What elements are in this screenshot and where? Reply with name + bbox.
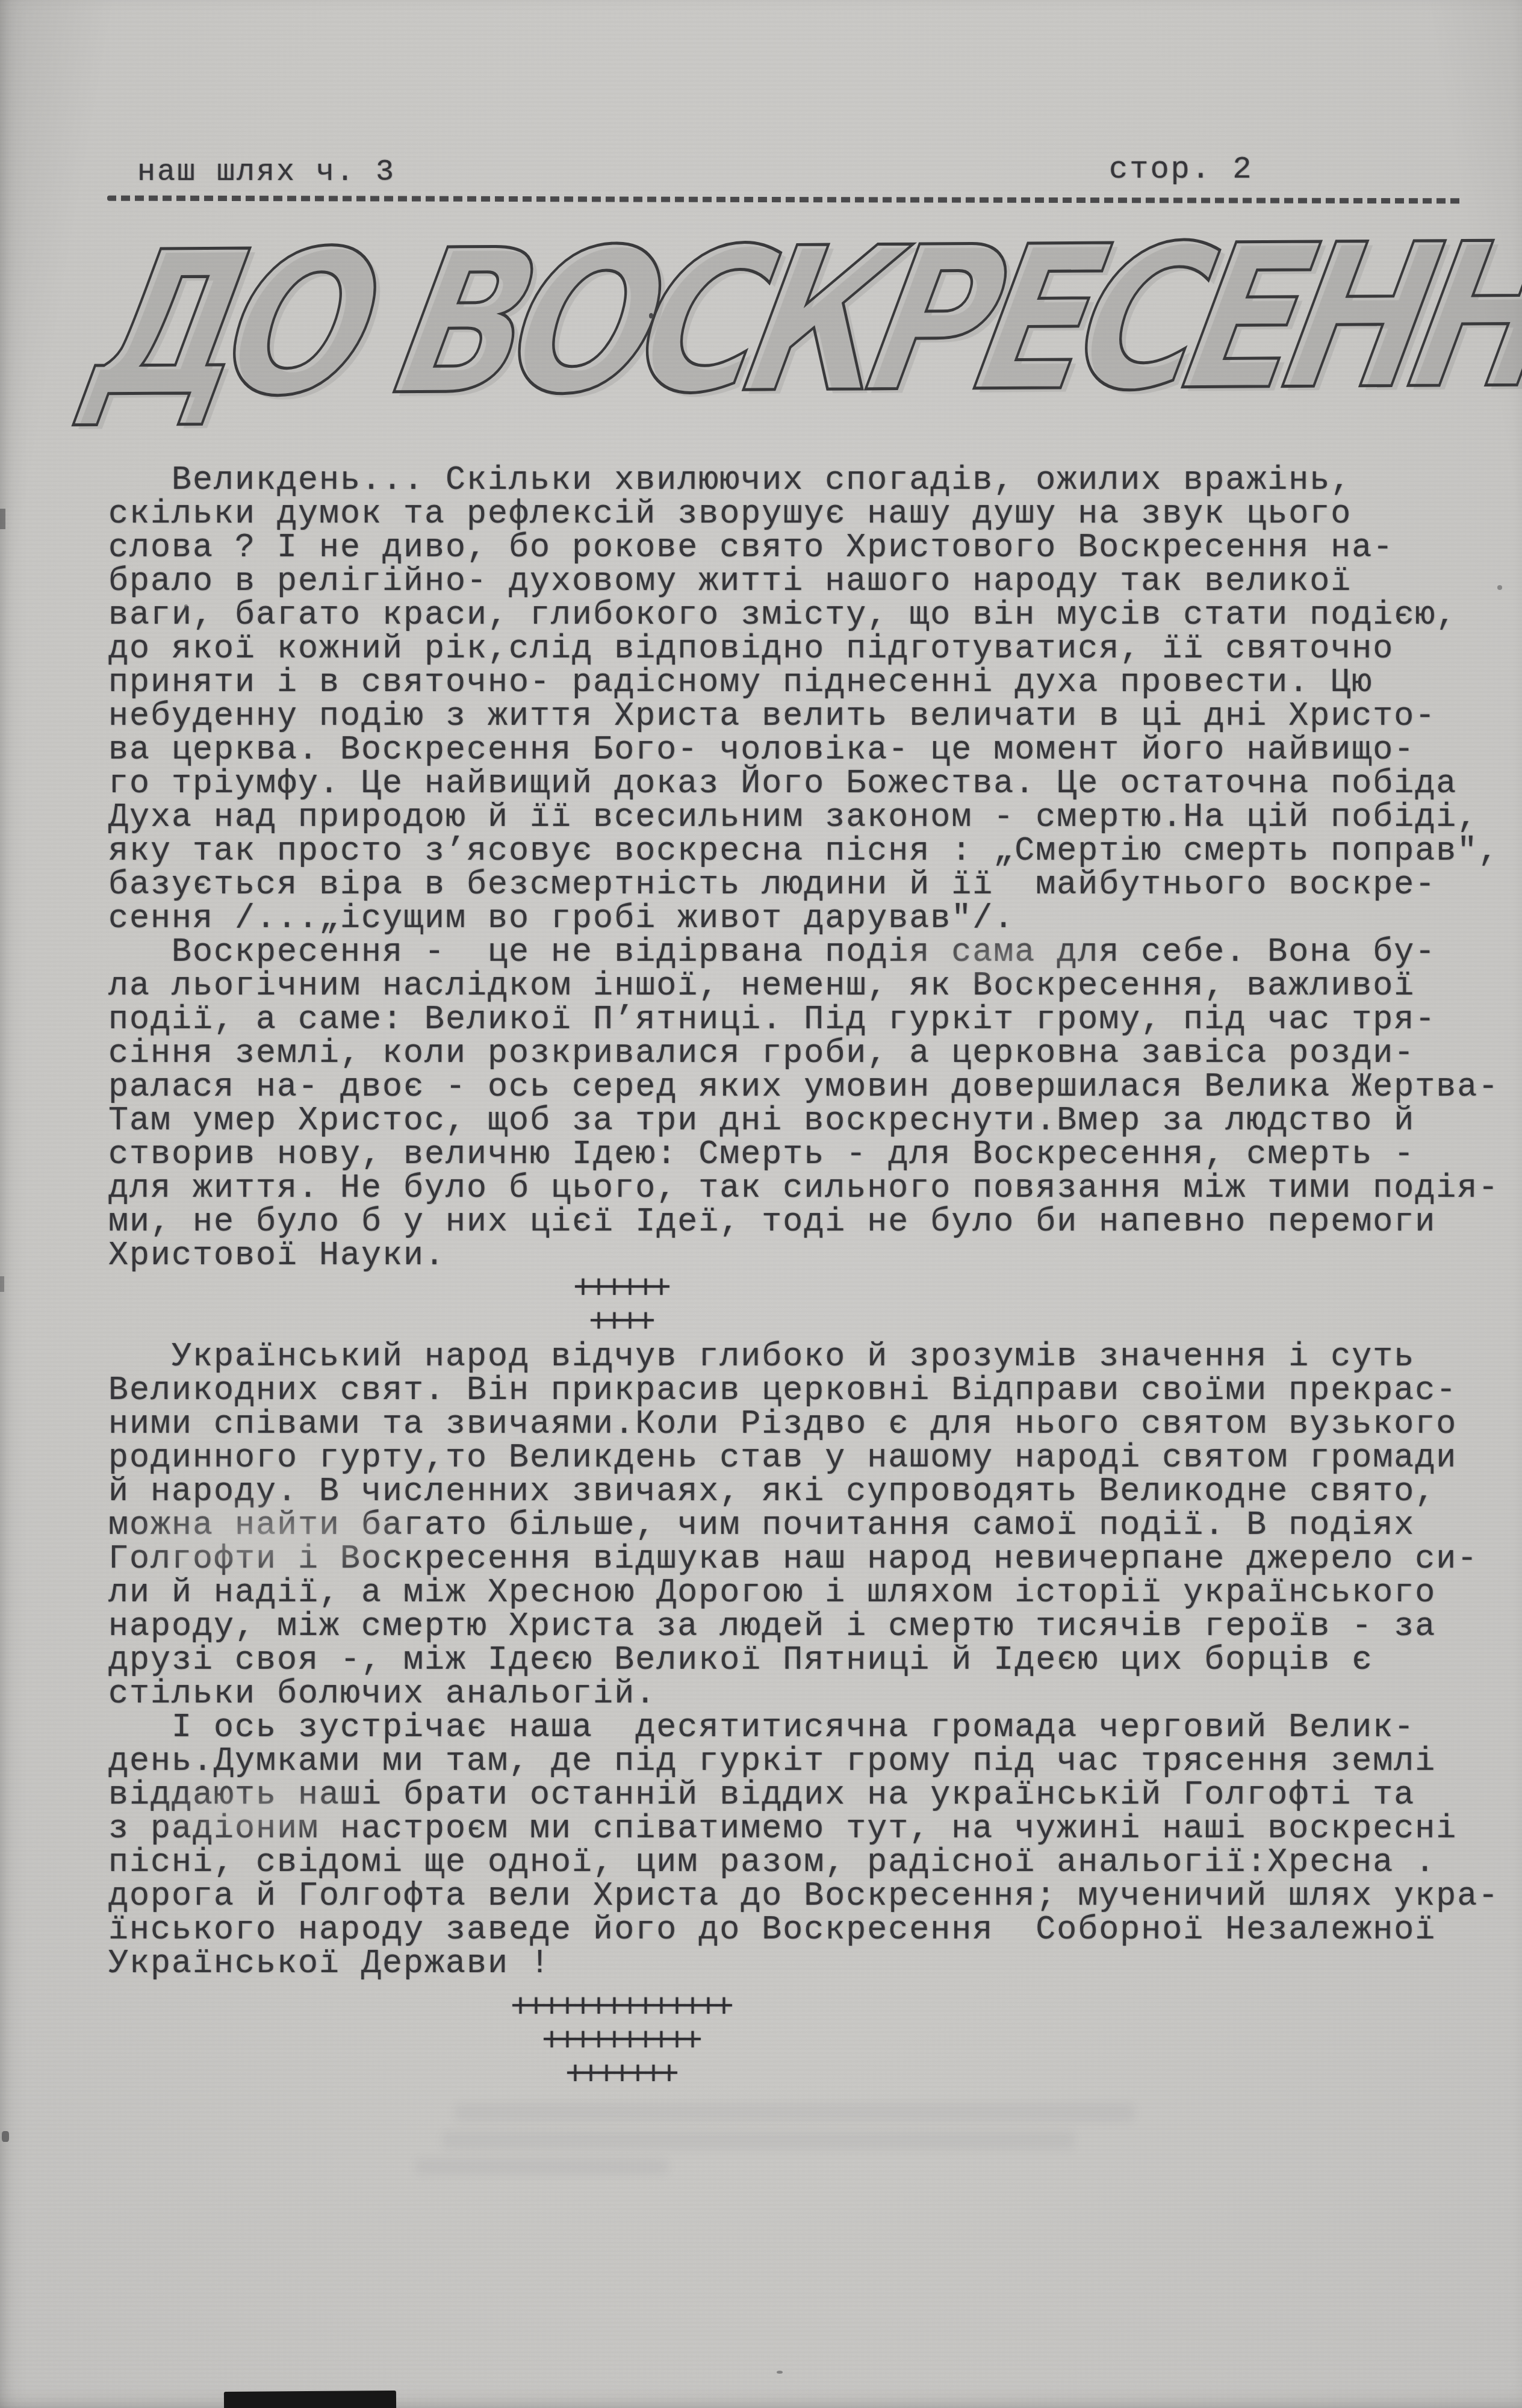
text-line: Там умер Христос, щоб за три дні воскрес… [108, 1104, 1522, 1138]
paper-speck [184, 604, 188, 608]
text-line: ли й надії, а між Хресною Дорогою і шлях… [108, 1576, 1522, 1610]
paragraph-2: Воскресення - це не відірвана подія сама… [108, 936, 1522, 1273]
text-line: можна найти багато більше, чим почитання… [108, 1509, 1522, 1542]
text-line: пісні, свідомі ще одної, цим разом, раді… [108, 1846, 1522, 1879]
ghost-bleedthrough-band [415, 2159, 668, 2174]
text-line: й народу. В численних звичаях, які супро… [108, 1475, 1522, 1509]
separator-pyramid: +++++++++++++++++++++++++++++++ [108, 1991, 1132, 2093]
text-line: Великдень... Скільки хвилюючих спогадів,… [108, 464, 1522, 497]
plus-separator-line: ++++++++++++++ [108, 1991, 1132, 2025]
paragraph-1: Великдень... Скільки хвилюючих спогадів,… [108, 464, 1522, 936]
text-line: Христової Науки. [108, 1239, 1522, 1273]
text-line: друзі своя -, між Ідеєю Великої Пятниці … [108, 1643, 1522, 1677]
scan-edge-tick [0, 509, 5, 529]
plus-separator-line: ++++++ [108, 1273, 1132, 1306]
text-line: для життя. Не було б цього, так сильного… [108, 1171, 1522, 1205]
text-line: з радіоним настроєм ми співатимемо тут, … [108, 1812, 1522, 1846]
ghost-bleedthrough-band [455, 2103, 1135, 2121]
plus-separator-line: ++++++++++ [108, 2025, 1132, 2059]
paper-speck [1497, 585, 1502, 590]
text-line: сення /...„ісущим во гробі живот дарував… [108, 902, 1522, 936]
text-line: Духа над природою й її всесильним законо… [108, 801, 1522, 834]
text-line: ми, не було б у них цієї Ідеї, тоді не б… [108, 1205, 1522, 1239]
text-line: дорога й Голгофта вели Христа до Воскрес… [108, 1879, 1522, 1913]
paper-speck [777, 2371, 783, 2374]
text-line: день.Думками ми там, де під гуркіт грому… [108, 1745, 1522, 1778]
text-line: родинного гурту,то Великдень став у нашо… [108, 1441, 1522, 1475]
text-line: народу, між смертю Христа за людей і сме… [108, 1610, 1522, 1643]
text-line: ва церква. Воскресення Бого- чоловіка- ц… [108, 733, 1522, 767]
text-line: яку так просто з’ясовує воскресна пісня … [108, 834, 1522, 868]
text-line: небуденну подію з життя Христа велить ве… [108, 700, 1522, 733]
text-line: ралася на- двоє - ось серед яких умовин … [108, 1070, 1522, 1104]
paragraph-4: І ось зустрічає наша десятитисячна грома… [108, 1711, 1522, 1981]
text-line: віддають наші брати останній віддих на у… [108, 1778, 1522, 1812]
paragraph-3: Український народ відчув глибоко й зрозу… [108, 1340, 1522, 1711]
text-line: скільки думок та рефлексій зворушує нашу… [108, 497, 1522, 531]
article-title: ДО ВОСКРЕСЕННЯ [77, 214, 1522, 427]
text-line: ними співами та звичаями.Коли Різдво є д… [108, 1407, 1522, 1441]
body-text: Великдень... Скільки хвилюючих спогадів,… [108, 464, 1522, 2093]
text-line: базується віра в безсмертність людини й … [108, 868, 1522, 902]
scanner-dark-strip [224, 2391, 396, 2408]
text-line: стільки болючих анальогій. [108, 1677, 1522, 1711]
text-line: І ось зустрічає наша десятитисячна грома… [108, 1711, 1522, 1745]
scan-edge-tick [0, 1276, 4, 1292]
text-line: брало в релігійно- духовому житті нашого… [108, 565, 1522, 598]
masthead-issue-label: наш шлях ч. 3 [137, 155, 396, 190]
paper-speck [2, 2131, 9, 2142]
plus-separator-line: +++++++ [108, 2059, 1132, 2093]
text-line: ла льогічним наслідком іншої, неменш, як… [108, 969, 1522, 1003]
text-line: їнського народу заведе його до Воскресен… [108, 1913, 1522, 1947]
text-line: приняти і в святочно- радісному піднесен… [108, 666, 1522, 700]
text-line: слова ? І не диво, бо рокове свято Христ… [108, 531, 1522, 565]
text-line: створив нову, величню Ідею: Смерть - для… [108, 1138, 1522, 1171]
text-line: Української Держави ! [108, 1947, 1522, 1981]
scanned-newspaper-page: наш шлях ч. 3 стор. 2 ДО ВОСКРЕСЕННЯ Вел… [0, 0, 1522, 2408]
text-line: Український народ відчув глибоко й зрозу… [108, 1340, 1522, 1374]
page-number-label: стор. 2 [1109, 152, 1253, 187]
text-line: до якої кожний рік,слід відповідно підго… [108, 632, 1522, 666]
text-line: події, а саме: Великої П’ятниці. Під гур… [108, 1003, 1522, 1037]
text-line: Воскресення - це не відірвана подія сама… [108, 936, 1522, 969]
separator-small: ++++++++++ [108, 1273, 1132, 1340]
paper-speck [649, 313, 653, 318]
ghost-bleedthrough-band [443, 2131, 1075, 2149]
text-line: го тріумфу. Це найвищий доказ Його Божес… [108, 767, 1522, 801]
text-line: ваги, багато краси, глибокого змісту, що… [108, 598, 1522, 632]
text-line: Голгофти і Воскресення відшукав наш наро… [108, 1542, 1522, 1576]
text-line: Великодних свят. Він прикрасив церковні … [108, 1374, 1522, 1407]
plus-separator-line: ++++ [108, 1306, 1132, 1340]
text-line: сіння землі, коли розкривалися гроби, а … [108, 1037, 1522, 1070]
